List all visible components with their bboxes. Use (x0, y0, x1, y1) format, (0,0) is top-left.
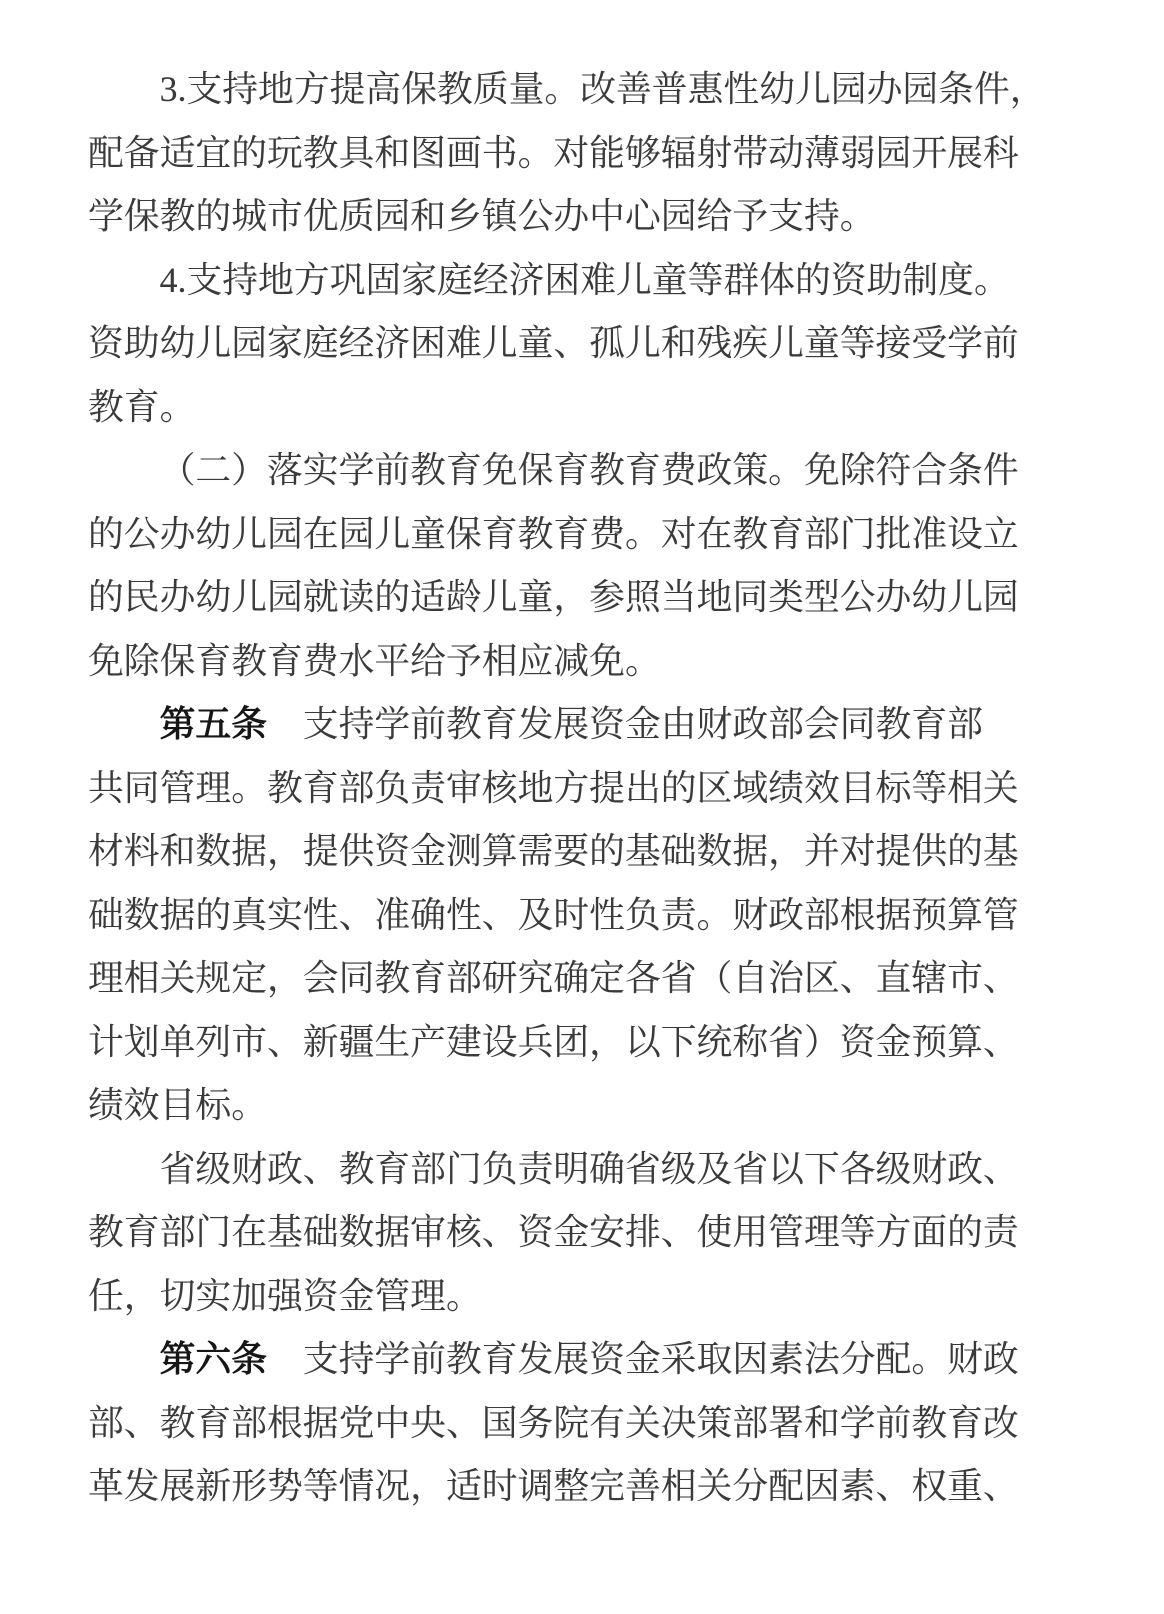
line-text: 共同管理。教育部负责审核地方提出的区域绩效目标等相关 (88, 768, 1019, 808)
line-text: 资助幼儿园家庭经济困难儿童、孤儿和残疾儿童等接受学前 (88, 323, 1019, 363)
text-line: 4.支持地方巩固家庭经济困难儿童等群体的资助制度。 (88, 249, 1028, 313)
line-text: 配备适宜的玩教具和图画书。对能够辐射带动薄弱园开展科 (88, 133, 1019, 173)
text-line: 免除保育教育费水平给予相应减免。 (88, 630, 1028, 694)
text-line: 计划单列市、新疆生产建设兵团，以下统称省）资金预算、 (88, 1011, 1028, 1075)
article-number: 第五条 (160, 704, 267, 744)
text-line: 教育。 (88, 376, 1028, 440)
text-line: 础数据的真实性、准确性、及时性负责。财政部根据预算管 (88, 884, 1028, 948)
line-text: 任，切实加强资金管理。 (88, 1276, 482, 1316)
line-text: 理相关规定，会同教育部研究确定各省（自治区、直辖市、 (88, 958, 1019, 998)
text-line: 3.支持地方提高保教质量。改善普惠性幼儿园办园条件， (88, 58, 1028, 122)
text-line: 共同管理。教育部负责审核地方提出的区域绩效目标等相关 (88, 757, 1028, 821)
article-number: 第六条 (160, 1339, 267, 1379)
article-number-gap (267, 1370, 303, 1371)
line-text: 省级财政、教育部门负责明确省级及省以下各级财政、 (160, 1149, 1019, 1189)
text-line: 第六条支持学前教育发展资金采取因素法分配。财政 (88, 1328, 1028, 1392)
text-line: 第五条支持学前教育发展资金由财政部会同教育部 (88, 693, 1028, 757)
line-text: 教育。 (88, 387, 195, 427)
line-text: 的公办幼儿园在园儿童保育教育费。对在教育部门批准设立 (88, 514, 1019, 554)
line-text: 绩效目标。 (88, 1085, 267, 1125)
line-text: 支持学前教育发展资金采取因素法分配。财政 (303, 1339, 1019, 1379)
article-number-gap (267, 735, 303, 736)
line-text: 教育部门在基础数据审核、资金安排、使用管理等方面的责 (88, 1212, 1019, 1252)
text-line: 绩效目标。 (88, 1074, 1028, 1138)
line-text: 础数据的真实性、准确性、及时性负责。财政部根据预算管 (88, 895, 1019, 935)
text-line: （二）落实学前教育免保育教育费政策。免除符合条件 (88, 439, 1028, 503)
text-line: 省级财政、教育部门负责明确省级及省以下各级财政、 (88, 1138, 1028, 1202)
line-text: 的民办幼儿园就读的适龄儿童，参照当地同类型公办幼儿园 (88, 577, 1019, 617)
text-line: 的民办幼儿园就读的适龄儿童，参照当地同类型公办幼儿园 (88, 566, 1028, 630)
text-line: 的公办幼儿园在园儿童保育教育费。对在教育部门批准设立 (88, 503, 1028, 567)
text-line: 教育部门在基础数据审核、资金安排、使用管理等方面的责 (88, 1201, 1028, 1265)
text-line: 理相关规定，会同教育部研究确定各省（自治区、直辖市、 (88, 947, 1028, 1011)
line-text: 3.支持地方提高保教质量。改善普惠性幼儿园办园条件， (160, 69, 1046, 109)
text-line: 材料和数据，提供资金测算需要的基础数据，并对提供的基 (88, 820, 1028, 884)
line-text: 支持学前教育发展资金由财政部会同教育部 (303, 704, 983, 744)
text-line: 资助幼儿园家庭经济困难儿童、孤儿和残疾儿童等接受学前 (88, 312, 1028, 376)
line-text: （二）落实学前教育免保育教育费政策。免除符合条件 (160, 450, 1019, 490)
text-block: 3.支持地方提高保教质量。改善普惠性幼儿园办园条件，配备适宜的玩教具和图画书。对… (88, 58, 1028, 1519)
document-page: 3.支持地方提高保教质量。改善普惠性幼儿园办园条件，配备适宜的玩教具和图画书。对… (0, 0, 1164, 1614)
line-text: 4.支持地方巩固家庭经济困难儿童等群体的资助制度。 (160, 260, 1010, 300)
text-line: 学保教的城市优质园和乡镇公办中心园给予支持。 (88, 185, 1028, 249)
text-line: 任，切实加强资金管理。 (88, 1265, 1028, 1329)
text-line: 革发展新形势等情况，适时调整完善相关分配因素、权重、 (88, 1455, 1028, 1519)
text-line: 部、教育部根据党中央、国务院有关决策部署和学前教育改 (88, 1392, 1028, 1456)
line-text: 材料和数据，提供资金测算需要的基础数据，并对提供的基 (88, 831, 1019, 871)
line-text: 免除保育教育费水平给予相应减免。 (88, 641, 661, 681)
line-text: 学保教的城市优质园和乡镇公办中心园给予支持。 (88, 196, 876, 236)
line-text: 部、教育部根据党中央、国务院有关决策部署和学前教育改 (88, 1403, 1019, 1443)
text-line: 配备适宜的玩教具和图画书。对能够辐射带动薄弱园开展科 (88, 122, 1028, 186)
line-text: 革发展新形势等情况，适时调整完善相关分配因素、权重、 (88, 1466, 1019, 1506)
line-text: 计划单列市、新疆生产建设兵团，以下统称省）资金预算、 (88, 1022, 1019, 1062)
